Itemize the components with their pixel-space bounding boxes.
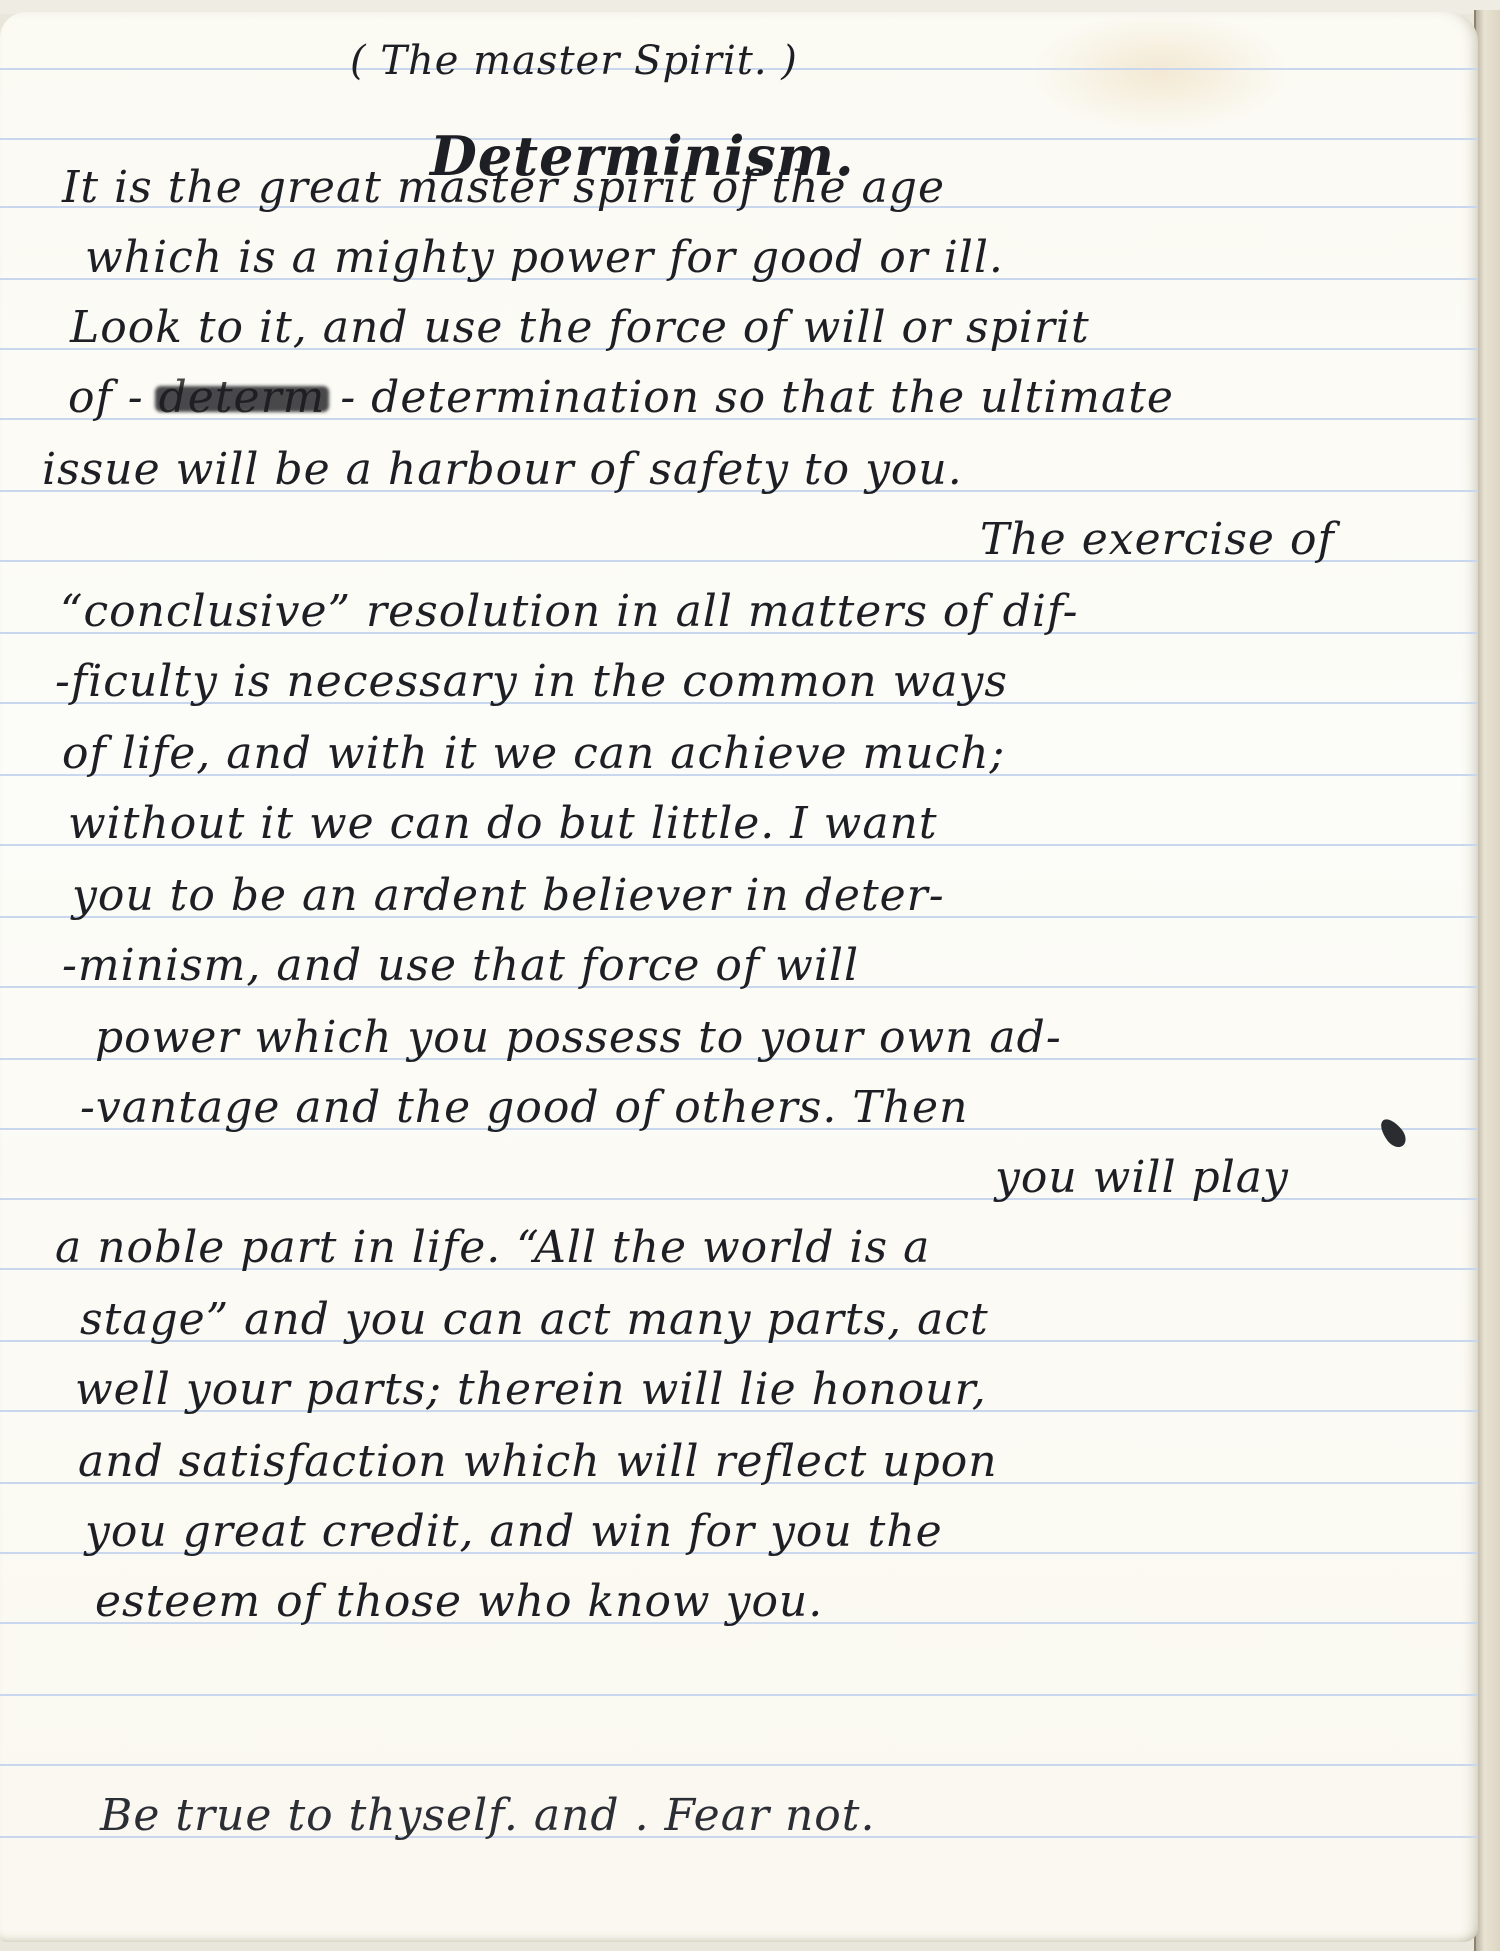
text-line: you to be an ardent believer in deter- <box>72 870 945 921</box>
text-line: esteem of those who know you. <box>95 1576 823 1627</box>
text-line: you will play <box>995 1152 1289 1203</box>
closing-motto: Be true to thyself. and . Fear not. <box>100 1790 875 1841</box>
crossed-out-word: determ <box>159 372 326 423</box>
text-fragment: - determination so that the ultimate <box>340 372 1174 423</box>
text-line: which is a mighty power for good or ill. <box>85 232 1004 283</box>
text-line: and satisfaction which will reflect upon <box>78 1436 998 1487</box>
rule-line <box>0 1764 1478 1766</box>
text-line: The exercise of <box>980 514 1335 565</box>
paper-stain <box>1030 12 1290 132</box>
text-line: issue will be a harbour of safety to you… <box>42 444 963 495</box>
subtitle: ( The master Spirit. ) <box>350 38 798 84</box>
text-line: without it we can do but little. I want <box>68 798 938 849</box>
text-line: Look to it, and use the force of will or… <box>70 302 1090 353</box>
text-line: of - determ - determination so that the … <box>68 372 1174 423</box>
text-line: you great credit, and win for you the <box>85 1506 943 1557</box>
text-line: stage” and you can act many parts, act <box>80 1294 989 1345</box>
ink-blot <box>1376 1115 1410 1151</box>
text-line: well your parts; therein will lie honour… <box>75 1364 987 1415</box>
text-line: “conclusive” resolution in all matters o… <box>60 586 1078 637</box>
notebook-page: ( The master Spirit. ) Determinism. It i… <box>0 12 1478 1942</box>
text-line: -ficulty is necessary in the common ways <box>55 656 1008 707</box>
text-line: a noble part in life. “All the world is … <box>55 1222 930 1273</box>
text-line: power which you possess to your own ad- <box>95 1012 1062 1063</box>
text-line: -minism, and use that force of will <box>62 940 859 991</box>
text-line: It is the great master spirit of the age <box>62 162 945 213</box>
text-fragment: of - <box>68 372 144 423</box>
text-line: -vantage and the good of others. Then <box>80 1082 968 1133</box>
rule-line <box>0 1694 1478 1696</box>
text-line: of life, and with it we can achieve much… <box>62 728 1005 779</box>
